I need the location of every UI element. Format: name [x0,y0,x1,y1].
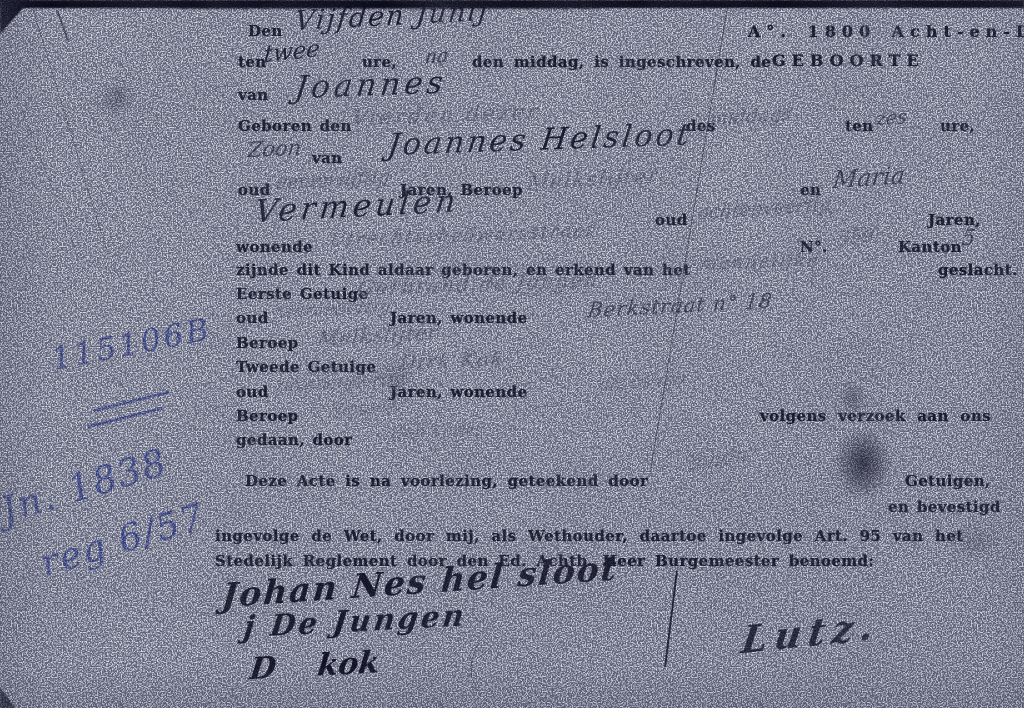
label-wet-wethouder: ingevolge de Wet, door mij, als Wethoude… [215,527,964,545]
label-ten2: ten [845,117,874,135]
entry-signed-by: beide [687,442,749,477]
stray-pen-stroke [664,570,678,668]
label-kanton: Kanton [898,238,962,256]
entry-kanton-number: 5 [961,225,977,250]
birth-certificate-scan: Den A°. 1800 Acht-en-Dertig, ten ure, de… [0,0,1024,708]
scratch-line-1 [32,8,108,255]
label-geboren-den: Geboren den [238,117,352,135]
scan-edge-top-shadow [180,6,600,9]
entry-witness2-address: als boven [599,368,687,395]
signature-witness2: D kok [248,645,382,687]
scratch-line-2 [10,80,75,248]
scratch-curve-bottom [462,643,531,708]
label-oud3: oud [236,309,269,327]
label-oud4: oud [236,383,269,401]
entry-mother-age: achtenveertig [697,193,833,225]
paper-stain-left [100,80,134,118]
annotation-inventory-number: 115106B [49,311,215,377]
label-wonende: wonende [236,238,313,256]
label-acte-voorlezing: Deze Acte is na voorlezing, geteekend do… [245,472,648,490]
label-bevestigd: en bevestigd [888,498,1001,516]
label-oud2: oud [655,211,688,229]
entry-mother-firstname: Maria [832,161,907,194]
entry-house-number: 559 [837,225,875,250]
label-ten: ten [238,53,267,71]
entry-father-occupation: Melkslijter [527,163,661,194]
ink-smudge-large [834,428,892,500]
scan-corner-top-left [0,0,30,34]
label-volgens-verzoek: volgens verzoek aan ons [760,407,991,425]
label-anno-1838: A°. 1800 Acht-en-Dertig, [748,22,1024,41]
entry-requester: den Vader [391,419,486,445]
entry-witness2-occupation: Sjouwer [329,396,407,421]
label-middag: den middag, is ingeschreven, de [472,53,771,71]
entry-zoon: Zoon [247,135,303,162]
entry-address: Utrechtschedwarsstraat [329,221,597,251]
entry-witness2-name: Dirk Kok [398,346,506,374]
label-getuigen: Getuigen, [905,472,991,490]
label-gedaan-door: gedaan, door [236,431,353,449]
label-beroep2: Beroep [236,407,299,425]
label-geboorte: GEBOORTE [772,51,925,70]
label-ure2: ure, [940,117,975,135]
label-jaren-wonende2: Jaren, wonende [390,383,528,401]
signature-official: Lutz. [739,603,883,662]
label-den: Den [248,22,283,40]
label-van2: van [312,149,343,167]
entry-gender: mannelijke [699,250,822,275]
entry-witness1-occupation: Melkslijter [317,320,440,350]
label-geslacht: geslacht. [938,261,1018,279]
label-beroep1: Beroep [236,334,299,352]
scratch-line-3 [56,9,69,41]
entry-registration-hour: twee [263,36,321,68]
scan-corner-bottom-left [0,688,16,708]
entry-birth-hour: zes [875,106,908,130]
entry-daypart: middags [709,102,793,130]
entry-child-name: Joannes [293,65,449,106]
label-van: van [238,86,269,104]
